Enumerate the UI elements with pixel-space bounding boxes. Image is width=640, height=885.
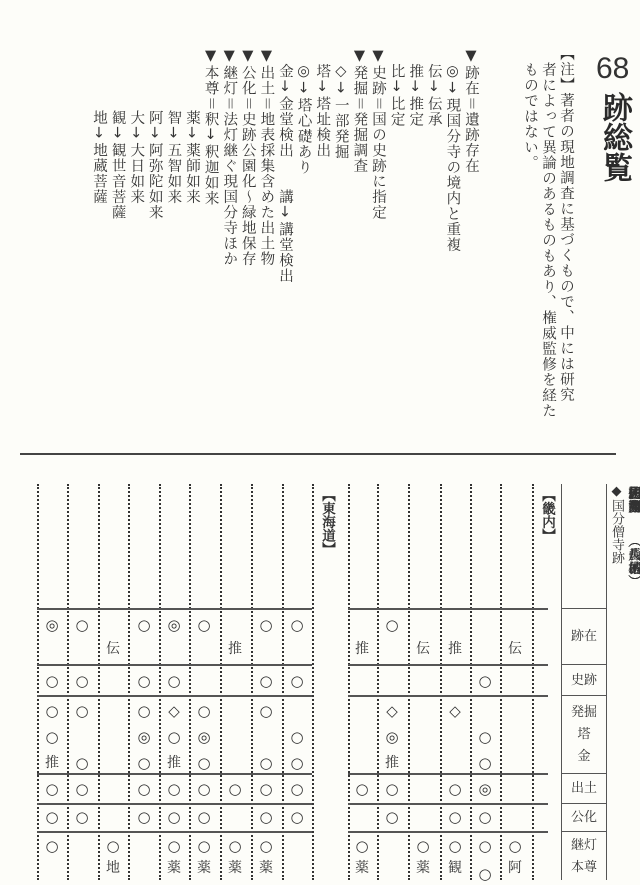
- legend-entry: 比↓比定: [389, 48, 405, 127]
- legend-entry: ▼発掘＝発掘調査: [351, 48, 367, 174]
- row-divider: [37, 831, 312, 833]
- atozai-mark: ○: [251, 617, 281, 633]
- legend-entry: 地↓地蔵菩薩: [91, 48, 107, 205]
- atozai-mark: ○: [282, 617, 312, 633]
- kouka-mark: ○: [37, 809, 67, 825]
- shutsudo-mark: ◎: [470, 781, 500, 797]
- shiseki-mark: ○: [470, 673, 500, 689]
- row-header-cell: 史跡: [562, 664, 606, 696]
- legend-entry: ▼史跡＝国の史跡に指定: [370, 48, 386, 220]
- shutsudo-mark: ○: [440, 781, 470, 797]
- tou-mark: ○: [470, 729, 500, 745]
- honzon-mark: 薬: [408, 860, 438, 876]
- note-line-3: ものではない。: [522, 62, 538, 171]
- kon-mark: ○: [67, 755, 97, 771]
- tou-mark: ○: [159, 729, 189, 745]
- honzon-mark: 薬: [251, 860, 281, 876]
- kouka-mark: ○: [189, 809, 219, 825]
- row-divider: [348, 831, 548, 833]
- shutsudo-mark: ○: [377, 781, 407, 797]
- shiseki-mark: ○: [251, 673, 281, 689]
- kon-mark: ○: [251, 755, 281, 771]
- row-divider: [37, 695, 312, 697]
- atozai-mark: ○: [67, 617, 97, 633]
- shutsudo-mark: ○: [282, 781, 312, 797]
- row-divider: [37, 773, 312, 775]
- row-header-cell: 発掘塔金: [562, 695, 606, 774]
- legend-entry: ▼継灯＝法灯継ぐ現国分寺ほか: [221, 48, 237, 267]
- shutsudo-mark: ○: [189, 781, 219, 797]
- kon-mark: ○: [129, 755, 159, 771]
- row-divider: [37, 664, 312, 666]
- kon-mark: 推: [37, 755, 67, 771]
- tou-mark: ○: [37, 729, 67, 745]
- shiseki-mark: ○: [159, 673, 189, 689]
- row-divider: [348, 608, 548, 610]
- tou-mark: ◎: [129, 729, 159, 745]
- atozai-mark: 伝: [408, 641, 438, 657]
- honzon-mark: 薬: [189, 860, 219, 876]
- row-header-cell: 出土: [562, 773, 606, 804]
- honzon-mark: ○: [470, 866, 500, 882]
- row-header-cell: 跡在: [562, 608, 606, 665]
- row-header-label: 出土: [571, 778, 597, 800]
- kouka-mark: ○: [282, 809, 312, 825]
- page-title: 跡総覧: [596, 92, 632, 182]
- kon-mark: 推: [377, 755, 407, 771]
- legend-entry: 大↓大日如来: [128, 48, 144, 205]
- keitou-mark: ○: [37, 838, 67, 854]
- hakkutsu-mark: ◇: [377, 703, 407, 719]
- honzon-mark: 薬: [159, 860, 189, 876]
- shiseki-mark: ○: [67, 673, 97, 689]
- note-line-2: 者によって異論のあるものもあり、権威監修を経た: [540, 62, 556, 419]
- legend-entry: 伝↓伝承: [426, 48, 442, 127]
- row-divider: [348, 773, 548, 775]
- row-header-label: 本尊: [571, 857, 597, 879]
- tou-mark: ◎: [377, 729, 407, 745]
- atozai-mark: 伝: [500, 641, 530, 657]
- section-divider: [20, 453, 616, 455]
- atozai-mark: ○: [377, 617, 407, 633]
- legend-entry: ▼本尊＝釈↓釈迦如来: [203, 48, 219, 206]
- row-header-label: 発掘: [571, 702, 597, 724]
- hakkutsu-mark: ○: [251, 703, 281, 719]
- shutsudo-mark: ○: [37, 781, 67, 797]
- legend-entry: 推↓推定: [407, 48, 423, 127]
- atozai-mark: 推: [220, 641, 250, 657]
- kouka-mark: ○: [67, 809, 97, 825]
- shutsudo-mark: ○: [129, 781, 159, 797]
- atozai-mark: ◎: [159, 617, 189, 633]
- hakkutsu-mark: ○: [37, 703, 67, 719]
- tou-mark: ◎: [189, 729, 219, 745]
- row-header-cell: 公化: [562, 803, 606, 832]
- keitou-mark: ○: [98, 838, 128, 854]
- row-header-label: 跡在: [571, 626, 597, 648]
- keitou-mark: ○: [470, 838, 500, 854]
- atozai-mark: 推: [347, 641, 377, 657]
- legend-entry: 阿↓阿弥陀如来: [147, 48, 163, 220]
- shutsudo-mark: ○: [67, 781, 97, 797]
- legend-entry: ◎↓塔心礎あり: [296, 48, 312, 175]
- kouka-mark: ○: [159, 809, 189, 825]
- page-number: 68: [596, 52, 629, 86]
- kon-mark: ○: [189, 755, 219, 771]
- hakkutsu-mark: ◇: [440, 703, 470, 719]
- tou-mark: ○: [282, 729, 312, 745]
- row-divider: [37, 608, 312, 610]
- row-header-label: 金: [577, 746, 590, 768]
- honzon-mark: 観: [440, 860, 470, 876]
- kouka-mark: ○: [440, 809, 470, 825]
- legend-entry: ◎↓現国分寺の境内と重複: [444, 48, 460, 253]
- kon-mark: ○: [470, 755, 500, 771]
- atozai-mark: ○: [129, 617, 159, 633]
- hakkutsu-mark: ◇: [159, 703, 189, 719]
- shutsudo-mark: ○: [159, 781, 189, 797]
- row-divider: [348, 803, 548, 805]
- keitou-mark: ○: [189, 838, 219, 854]
- honzon-mark: 薬: [347, 860, 377, 876]
- note-line-1: 【注】著者の現地調査に基づくもので、中には研究: [558, 46, 574, 403]
- keitou-mark: ○: [347, 838, 377, 854]
- keitou-mark: ○: [220, 838, 250, 854]
- legend-entry: ▼跡在＝遺跡存在: [463, 48, 479, 174]
- shutsudo-mark: ○: [251, 781, 281, 797]
- atozai-mark: ○: [189, 617, 219, 633]
- atozai-mark: 伝: [98, 641, 128, 657]
- shiseki-mark: ○: [282, 673, 312, 689]
- row-header-label: 公化: [571, 807, 597, 829]
- temple-location: （片山）: [74, 534, 640, 588]
- hakkutsu-mark: ○: [129, 703, 159, 719]
- keitou-mark: ○: [500, 838, 530, 854]
- keitou-mark: ○: [408, 838, 438, 854]
- kon-mark: ○: [282, 755, 312, 771]
- legend-entry: ▼出土＝地表採集含めた出土物: [258, 48, 274, 267]
- kouka-mark: ○: [377, 809, 407, 825]
- keitou-mark: ○: [440, 838, 470, 854]
- shutsudo-mark: ○: [347, 781, 377, 797]
- keitou-mark: ○: [159, 838, 189, 854]
- row-header-label: 継灯: [571, 835, 597, 857]
- kouka-mark: ○: [251, 809, 281, 825]
- province-name: 伊豆: [44, 486, 640, 513]
- keitou-mark: ○: [251, 838, 281, 854]
- atozai-mark: 推: [440, 641, 470, 657]
- kouka-mark: ○: [129, 809, 159, 825]
- legend-entry: 観↓観世音菩薩: [110, 48, 126, 220]
- row-header-label: 塔: [577, 724, 590, 746]
- atozai-mark: ◎: [37, 617, 67, 633]
- legend-entry: 塔↓塔址検出: [314, 48, 330, 158]
- legend-entry: ◇↓一部発掘: [333, 48, 349, 160]
- legend-entry: 薬↓薬師如来: [184, 48, 200, 205]
- honzon-mark: 薬: [220, 860, 250, 876]
- hakkutsu-mark: ○: [189, 703, 219, 719]
- shutsudo-mark: ○: [220, 781, 250, 797]
- legend-entry: 金↓金堂検出 講↓講堂検出: [277, 48, 293, 284]
- row-header-label: 史跡: [571, 670, 597, 692]
- kon-mark: 推: [159, 755, 189, 771]
- legend-entry: 智↓五智如来: [165, 48, 181, 205]
- row-header-cell: 継灯本尊: [562, 831, 606, 881]
- kouka-mark: ○: [470, 809, 500, 825]
- row-divider: [348, 664, 548, 666]
- shiseki-mark: ○: [37, 673, 67, 689]
- legend-entry: ▼公化＝史跡公園化～緑地保存: [240, 48, 256, 267]
- row-divider: [37, 803, 312, 805]
- shiseki-mark: ○: [129, 673, 159, 689]
- honzon-mark: 地: [98, 860, 128, 876]
- honzon-mark: 阿: [500, 860, 530, 876]
- hakkutsu-mark: ○: [67, 703, 97, 719]
- row-divider: [348, 695, 548, 697]
